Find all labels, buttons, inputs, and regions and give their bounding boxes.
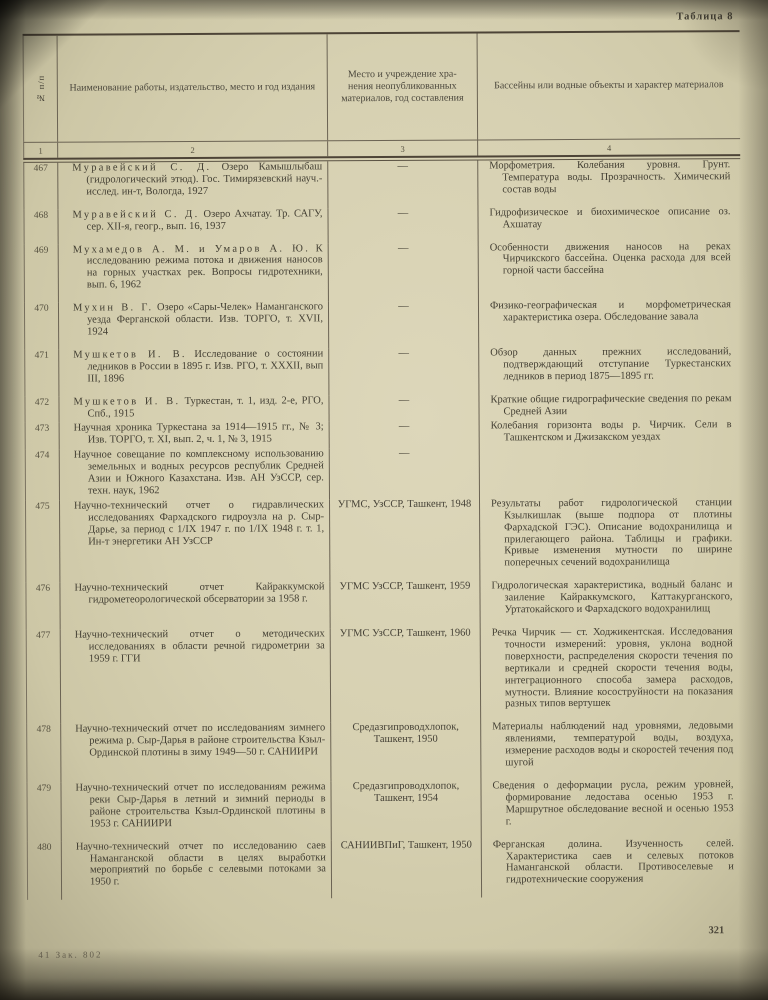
row-number: 468 — [23, 209, 58, 244]
row-number: 474 — [25, 450, 60, 501]
basin-cell: Речка Чирчик — ст. Ходжикентская. Исслед… — [481, 626, 743, 722]
table-row: 472 Мушкетов И. В.Туркестан, т. 1, изд. … — [24, 393, 741, 424]
basin-cell: Обзор данных прежних исследований, подтв… — [479, 346, 741, 394]
work-cell: Мухамедов А. М. и Умаров А. Ю.К исследов… — [59, 243, 329, 303]
basin-cell: Ферганская долина. Изученность селей. Ха… — [482, 838, 744, 898]
table-row: 478 Научно-технический отчет по исследов… — [26, 720, 743, 782]
basin-cell: Результаты работ гидрологической станции… — [480, 497, 742, 581]
table-row: 476 Научно-технический отчет Кайраккумск… — [25, 579, 742, 629]
author-name: Муравейский С. Д. — [72, 162, 221, 174]
place-cell: Средазгипроводхлопок, Ташкент, 1954 — [331, 780, 481, 839]
basin-cell: Морфометрия. Колебания уровня. Грунт. Те… — [478, 159, 740, 207]
work-cell: Мушкетов И. В.Исследование о состоянии л… — [59, 348, 329, 396]
row-number: 470 — [24, 303, 59, 350]
basin-cell: Гидрологическая характеристика, водный б… — [480, 579, 742, 627]
row-number: 475 — [25, 501, 60, 584]
table-row: 474 Научное совещание по комплексному ис… — [25, 446, 742, 500]
scanned-page: Таблица 8 № п/п Наименование работы, изд… — [0, 0, 768, 1000]
row-number: 472 — [24, 396, 59, 423]
work-cell: Муравейский С. Д.Озеро Ахчатау. Тр. САГУ… — [58, 208, 328, 244]
row-number: 480 — [27, 841, 62, 900]
table-row: 480 Научно-технический отчет по исследов… — [27, 838, 744, 900]
place-cell: УГМС УзССР, Ташкент, 1959 — [330, 581, 480, 629]
table-body: 467 Муравейский С. Д.Озеро Камышлыбаш (г… — [23, 159, 744, 900]
work-title: Научное совещание по комплексному исполь… — [74, 449, 324, 497]
row-number: 478 — [26, 724, 61, 783]
author-name: Мушкетов И. В. — [73, 396, 184, 408]
work-title: Научно-технический отчет по исследования… — [75, 781, 325, 829]
work-title: Научно-технический отчет о методических … — [75, 628, 325, 664]
work-cell: Мушкетов И. В.Туркестан, т. 1, изд. 2-е,… — [59, 395, 329, 423]
table-row: 467 Муравейский С. Д.Озеро Камышлыбаш (г… — [23, 159, 740, 209]
table-row: 475 Научно-технический отчет о гидравлич… — [25, 497, 742, 583]
basin-cell: Физико-географическая и морфометрическая… — [479, 299, 741, 347]
work-title: Научно-технический отчет по исследованию… — [76, 840, 326, 888]
basin-cell: Колебания горизонта воды р. Чирчик. Сели… — [480, 420, 742, 448]
row-number: 476 — [25, 583, 60, 630]
basin-cell: Сведения о деформации русла, режим уровн… — [481, 779, 743, 839]
table-row: 479 Научно-технический отчет по исследов… — [26, 779, 743, 841]
table-row: 469 Мухамедов А. М. и Умаров А. Ю.К иссл… — [24, 241, 741, 303]
col-header-place: Место и учреждение хра- нения неопублико… — [328, 34, 479, 141]
place-cell: — — [328, 161, 478, 209]
place-cell: — — [329, 394, 479, 422]
place-cell: — — [328, 207, 478, 243]
row-number: 471 — [24, 350, 59, 397]
work-cell: Мухин В. Г.Озеро «Сары-Челек» Наманганск… — [59, 301, 329, 349]
author-name: Мухамедов А. М. и Умаров А. Ю. — [73, 243, 316, 255]
work-cell: Научно-технический отчет по исследованию… — [62, 840, 332, 900]
row-number: 467 — [23, 163, 58, 210]
author-name: Муравейский С. Д. — [72, 209, 203, 221]
basin-cell: Гидрофизическое и биохимическое описание… — [478, 206, 740, 242]
work-cell: Научно-технический отчет о методических … — [61, 628, 331, 724]
table-header-row: № п/п Наименование работы, издательство,… — [23, 32, 741, 142]
table-row: 473 Научная хроника Туркестана за 1914—1… — [25, 420, 742, 451]
place-cell: — — [330, 448, 480, 499]
work-cell: Научно-технический отчет по исследования… — [61, 781, 331, 841]
place-cell: — — [329, 301, 479, 349]
work-cell: Научно-технический отчет Кайраккумской г… — [60, 582, 330, 630]
work-cell: Муравейский С. Д.Озеро Камышлыбаш (гидро… — [58, 161, 328, 209]
place-cell: Средазгипроводхлопок, Ташкент, 1950 — [331, 722, 481, 781]
author-name: Мухин В. Г. — [73, 302, 157, 313]
author-name: Мушкетов И. В. — [73, 349, 194, 361]
row-number: 469 — [24, 244, 59, 303]
page-content: Таблица 8 № п/п Наименование работы, изд… — [0, 0, 768, 1000]
place-cell: — — [330, 421, 480, 449]
place-cell: САНИИВПиГ, Ташкент, 1950 — [332, 839, 482, 898]
place-cell: УГМС, УзССР, Ташкент, 1948 — [330, 498, 480, 581]
table-row: 471 Мушкетов И. В.Исследование о состоян… — [24, 346, 741, 396]
work-title: Научная хроника Туркестана за 1914—1915 … — [74, 422, 324, 446]
basin-cell — [480, 446, 742, 498]
table-row: 477 Научно-технический отчет о методичес… — [26, 626, 743, 724]
basin-cell: Материалы наблюдений над уровнями, ледов… — [481, 720, 743, 780]
col-index-1: 1 — [23, 143, 58, 158]
row-number: 473 — [25, 423, 60, 450]
row-number: 479 — [26, 783, 61, 842]
place-cell: УГМС УзССР, Ташкент, 1960 — [331, 627, 481, 722]
work-cell: Научно-технический отчет о гидравлически… — [60, 499, 330, 583]
work-cell: Научное совещание по комплексному исполь… — [60, 449, 330, 501]
table-label: Таблица 8 — [676, 11, 733, 22]
work-cell: Научная хроника Туркестана за 1914—1915 … — [60, 422, 330, 450]
work-title: Научно-технический отчет Кайраккумской г… — [74, 582, 324, 606]
basin-cell: Краткие общие гидрографические сведения … — [479, 393, 741, 421]
print-order-note: 41 Зак. 802 — [38, 949, 102, 959]
place-cell: — — [329, 242, 479, 301]
page-number: 321 — [708, 925, 724, 936]
col-index-2: 2 — [58, 141, 328, 157]
table-row: 468 Муравейский С. Д.Озеро Ахчатау. Тр. … — [23, 206, 740, 245]
work-title: Научно-технический отчет о гидравлически… — [74, 499, 324, 547]
work-title: Научно-технический отчет по исследования… — [75, 723, 325, 759]
place-cell: — — [329, 347, 479, 395]
bibliography-table: № п/п Наименование работы, издательство,… — [23, 30, 745, 900]
col-header-work: Наименование работы, издательство, место… — [58, 34, 329, 141]
col-index-4: 4 — [478, 139, 740, 155]
work-cell: Научно-технический отчет по исследования… — [61, 723, 331, 783]
table-row: 470 Мухин В. Г.Озеро «Сары-Челек» Наманг… — [24, 299, 741, 349]
row-number: 477 — [26, 630, 61, 725]
col-header-num: № п/п — [23, 36, 59, 142]
col-header-basin: Бассейны или водные объекты и характер м… — [478, 32, 741, 139]
col-header-num-label: № п/п — [35, 74, 45, 103]
basin-cell: Особенности движения наносов на реках Чи… — [479, 241, 741, 301]
col-index-3: 3 — [328, 141, 478, 157]
